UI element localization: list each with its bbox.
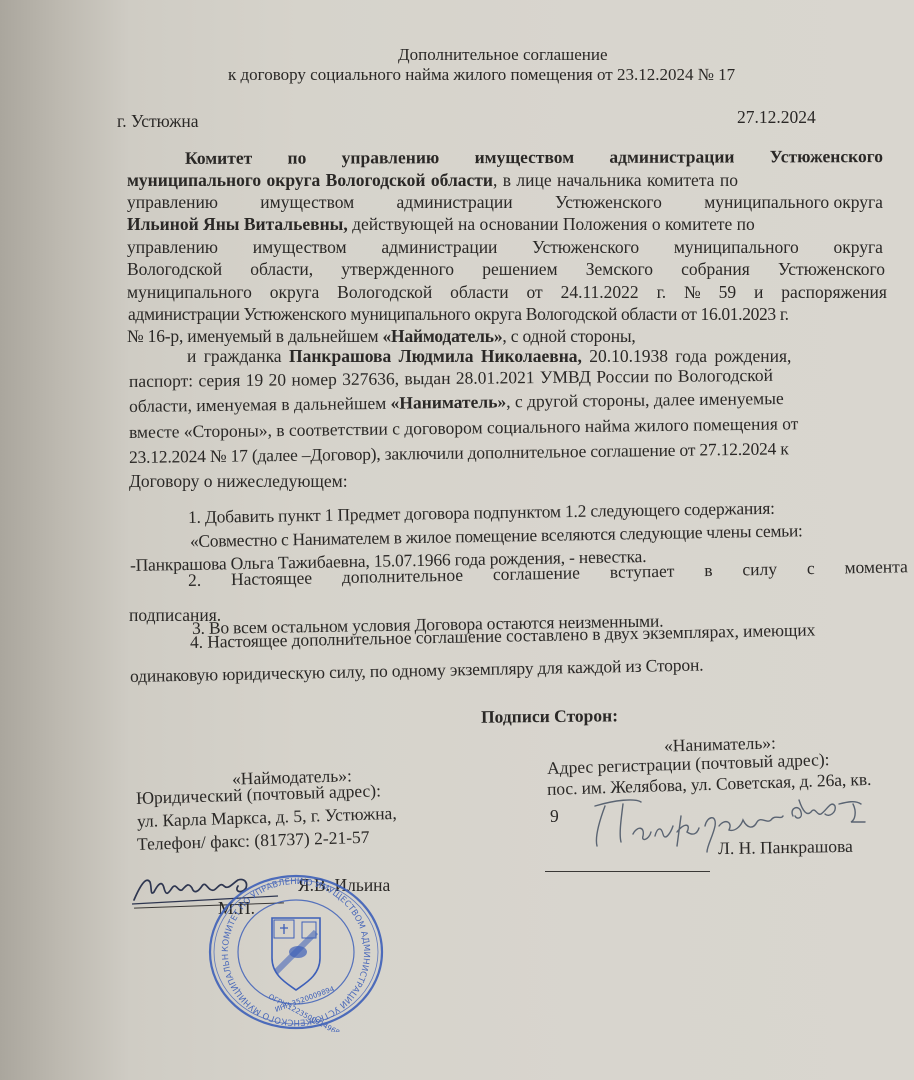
city: г. Устюжна — [117, 110, 199, 132]
tenant-line-3: области, именуемая в дальнейшем «Нанимат… — [129, 387, 784, 417]
tenant-line-6: Договору о нижеследующем: — [129, 470, 348, 492]
document-subtitle: к договору социального найма жилого поме… — [228, 64, 735, 86]
tenant-signature — [585, 786, 885, 856]
clause-4-continued: одинаковую юридическую силу, по одному э… — [130, 653, 704, 687]
tenant-line-5: 23.12.2024 № 17 (далее –Договор), заключ… — [129, 437, 789, 468]
preamble-line-8: администрации Устюженского муниципальног… — [128, 303, 789, 325]
preamble-line-7: муниципального округа Вологодской област… — [127, 281, 887, 303]
document-title: Дополнительное соглашение — [398, 44, 608, 66]
preamble-line-2: муниципального округа Вологодской област… — [127, 169, 738, 191]
preamble-line-1: Комитет по управлению имуществом админис… — [185, 145, 883, 169]
tenant-apartment: 9 — [550, 805, 559, 827]
preamble-line-3: управлению имуществом администрации Устю… — [127, 191, 883, 213]
preamble-line-9: № 16-р, именуемый в дальнейшем «Наймодат… — [127, 325, 636, 347]
preamble-line-4: Ильиной Яны Витальевны, действующей на о… — [127, 213, 755, 235]
signatures-heading: Подписи Сторон: — [481, 704, 618, 727]
preamble-line-5: управлению имуществом администрации Устю… — [127, 236, 883, 258]
tenant-signature-line — [545, 871, 710, 872]
official-stamp: КОМИТЕТ ПО УПРАВЛЕНИЮ ИМУЩЕСТВОМ АДМИНИС… — [206, 872, 386, 1032]
document-date: 27.12.2024 — [737, 106, 816, 128]
preamble-line-6: Вологодской области, утвержденного решен… — [127, 258, 885, 280]
document-page: Дополнительное соглашение к договору соц… — [0, 0, 914, 1080]
